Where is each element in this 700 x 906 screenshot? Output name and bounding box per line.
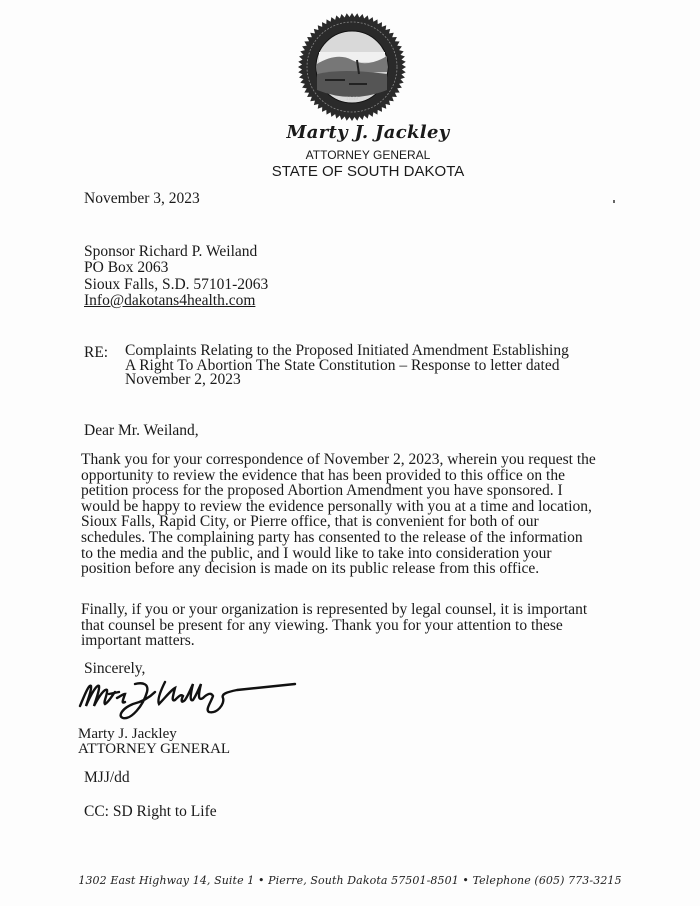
recipient-address: Sponsor Richard P. Weiland PO Box 2063 S… [84, 244, 268, 309]
body-line: Finally, if you or your organization is … [81, 602, 587, 618]
letter-page: 1889 Marty J. Jackley ATTORNEY GENERAL S… [0, 0, 700, 906]
body-line: Sioux Falls, Rapid City, or Pierre offic… [81, 514, 596, 530]
scan-speck [613, 200, 615, 203]
body-line: to the media and the public, and I would… [81, 546, 596, 562]
recipient-line: PO Box 2063 [84, 260, 268, 276]
svg-text:1889: 1889 [346, 96, 359, 102]
recipient-line: Sioux Falls, S.D. 57101-2063 [84, 277, 268, 293]
body-line: position before any decision is made on … [81, 561, 596, 577]
recipient-line: Sponsor Richard P. Weiland [84, 244, 268, 260]
reference-initials: MJJ/dd [84, 770, 130, 786]
body-paragraph-2: Finally, if you or your organization is … [81, 602, 587, 649]
re-line: November 2, 2023 [125, 373, 569, 388]
signature-icon [77, 676, 299, 726]
body-line: opportunity to review the evidence that … [81, 468, 596, 484]
body-line: schedules. The complaining party has con… [81, 530, 596, 546]
body-line: would be happy to review the evidence pe… [81, 499, 596, 515]
letterhead-title: ATTORNEY GENERAL [0, 148, 700, 162]
body-line: Thank you for your correspondence of Nov… [81, 452, 596, 468]
body-line: that counsel be present for any viewing.… [81, 618, 587, 634]
letterhead-name: Marty J. Jackley [0, 122, 700, 143]
closing: Sincerely, [84, 661, 145, 677]
body-line: important matters. [81, 633, 587, 649]
signer-block: Marty J. Jackley ATTORNEY GENERAL [78, 727, 230, 757]
letter-date: November 3, 2023 [84, 191, 200, 207]
salutation: Dear Mr. Weiland, [84, 423, 199, 439]
body-paragraph-1: Thank you for your correspondence of Nov… [81, 452, 596, 577]
recipient-email-link[interactable]: Info@dakotans4health.com [84, 293, 268, 309]
state-seal-icon: 1889 [297, 12, 407, 122]
signer-name: Marty J. Jackley [78, 727, 230, 742]
signer-title: ATTORNEY GENERAL [78, 742, 230, 757]
body-line: petition process for the proposed Aborti… [81, 483, 596, 499]
re-label: RE: [84, 344, 108, 362]
re-subject: Complaints Relating to the Proposed Init… [125, 344, 569, 388]
footer-address: 1302 East Highway 14, Suite 1 • Pierre, … [0, 874, 700, 887]
letterhead-state: STATE OF SOUTH DAKOTA [0, 163, 700, 180]
cc-line: CC: SD Right to Life [84, 804, 217, 820]
